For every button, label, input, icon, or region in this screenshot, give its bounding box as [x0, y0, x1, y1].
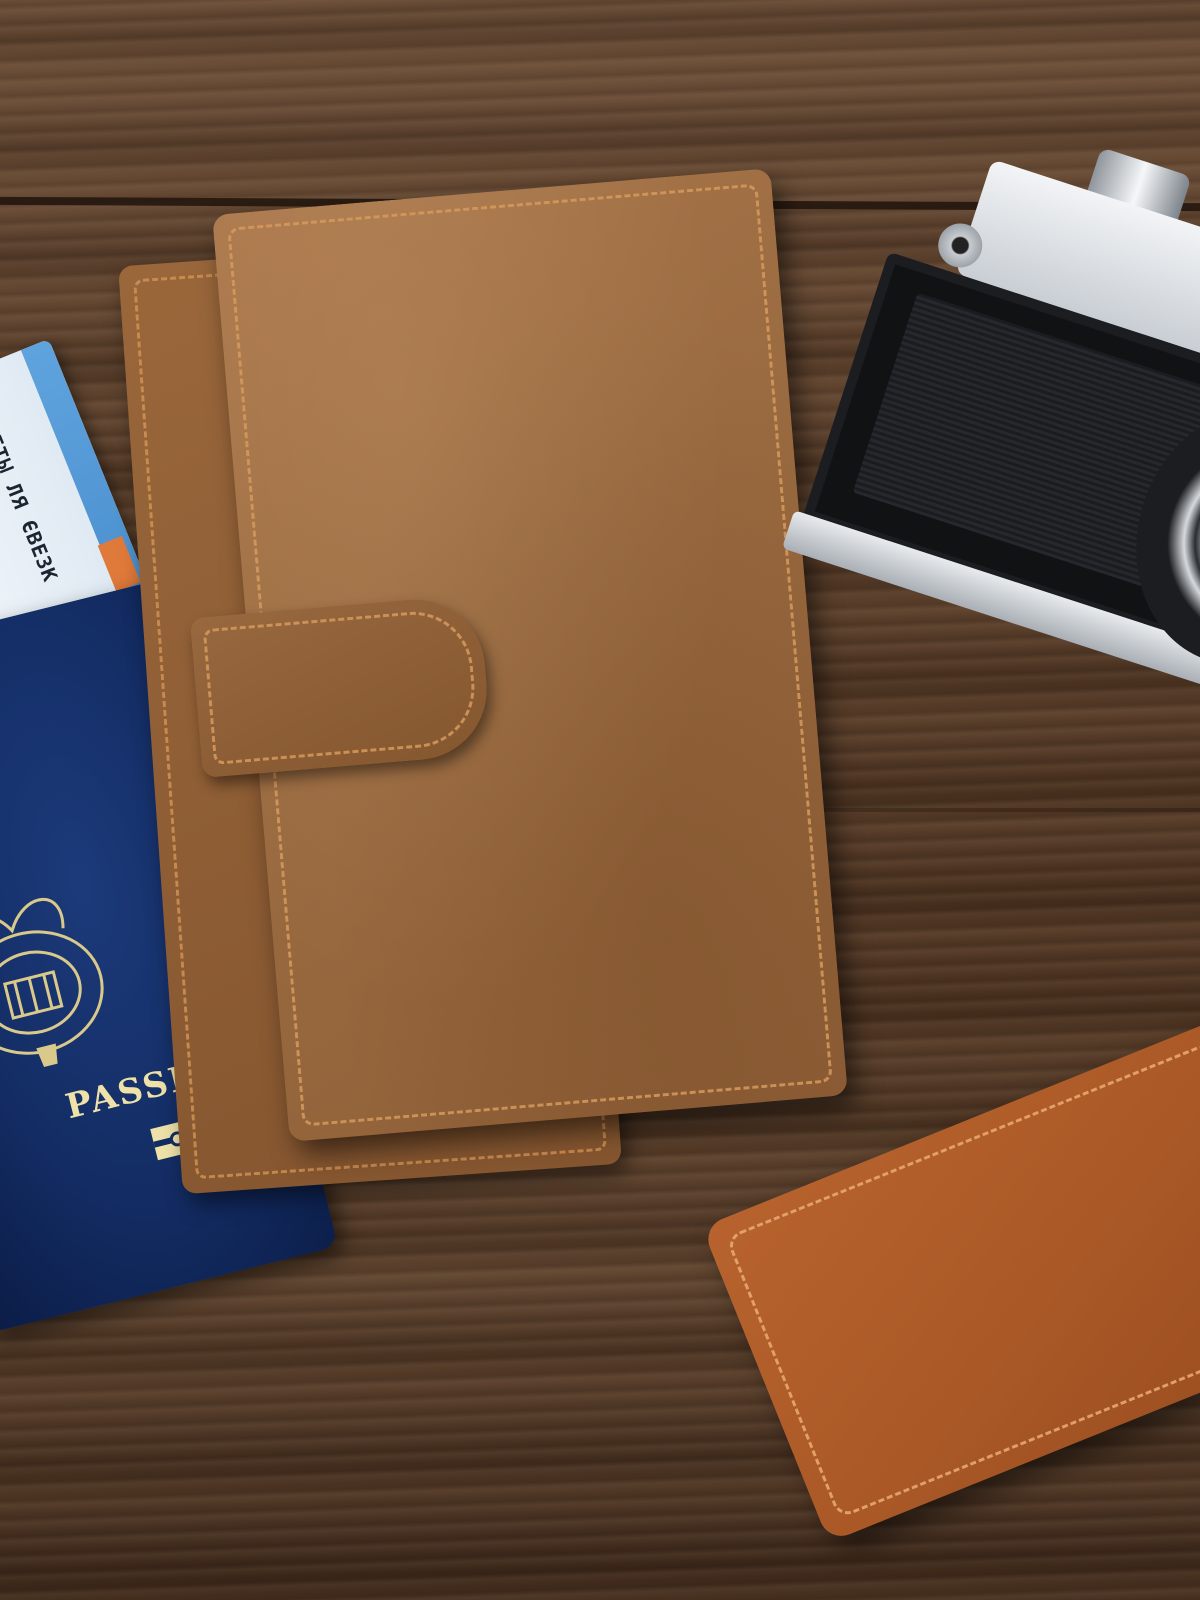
crest-emblem-icon — [0, 865, 135, 1090]
wallet-snap-strap — [190, 594, 492, 778]
camera — [778, 138, 1200, 743]
plank-gap — [780, 808, 1200, 812]
wooden-table-background: Ю ЛЯВ · ИАСЗ 9В ИШИГТЫ ЛЯ ЄВЕЗК RT PASSP… — [0, 0, 1200, 1600]
